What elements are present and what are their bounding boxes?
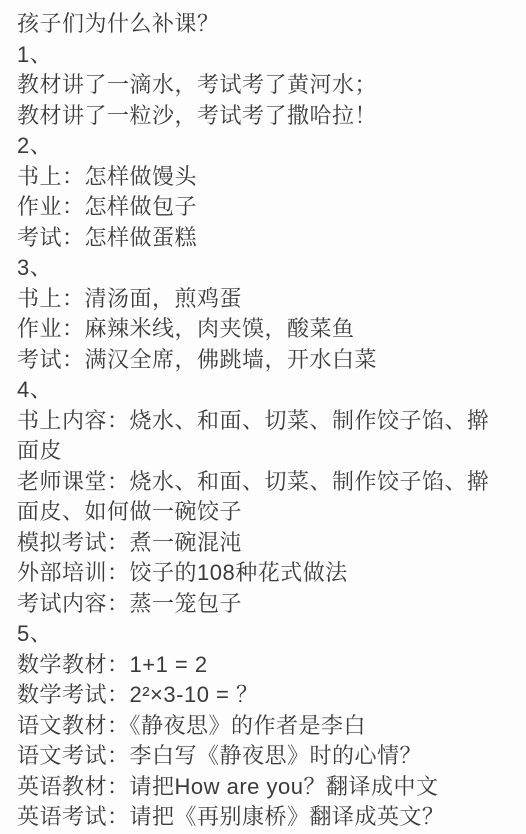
text-line: 语文教材：《静夜思》的作者是李白 [17, 711, 510, 742]
text-line: 英语教材：请把How are you？翻译成中文 [17, 772, 510, 803]
section-number-5: 5、 [17, 619, 510, 650]
text-line: 教材讲了一滴水，考试考了黄河水； [17, 70, 510, 101]
text-line: 数学考试：2²×3-10 = ？ [17, 680, 510, 711]
text-line: 数学教材：1+1 = 2 [17, 650, 510, 681]
text-line: 书上内容：烧水、和面、切菜、制作饺子馅、擀面皮 [17, 406, 510, 467]
section-number-1: 1、 [17, 40, 510, 71]
section-number-2: 2、 [17, 131, 510, 162]
text-line: 教材讲了一粒沙，考试考了撒哈拉！ [17, 101, 510, 132]
text-line: 考试内容：蒸一笼包子 [17, 589, 510, 620]
text-line: 老师课堂：烧水、和面、切菜、制作饺子馅、擀面皮、如何做一碗饺子 [17, 467, 510, 528]
text-line: 作业：麻辣米线，肉夹馍，酸菜鱼 [17, 314, 510, 345]
text-line: 模拟考试：煮一碗混沌 [17, 528, 510, 559]
text-line: 英语考试：请把《再别康桥》翻译成英文？ [17, 802, 510, 833]
page-title: 孩子们为什么补课？ [17, 9, 510, 40]
text-line: 书上：清汤面，煎鸡蛋 [17, 284, 510, 315]
text-line: 书上：怎样做馒头 [17, 162, 510, 193]
text-line: 外部培训：饺子的108种花式做法 [17, 558, 510, 589]
text-line: 作业：怎样做包子 [17, 192, 510, 223]
document-body: 孩子们为什么补课？ 1、 教材讲了一滴水，考试考了黄河水； 教材讲了一粒沙，考试… [0, 0, 526, 834]
text-line: 考试：满汉全席，佛跳墙，开水白菜 [17, 345, 510, 376]
section-number-3: 3、 [17, 253, 510, 284]
text-line: 语文考试：李白写《静夜思》时的心情？ [17, 741, 510, 772]
text-line: 考试：怎样做蛋糕 [17, 223, 510, 254]
section-number-4: 4、 [17, 375, 510, 406]
